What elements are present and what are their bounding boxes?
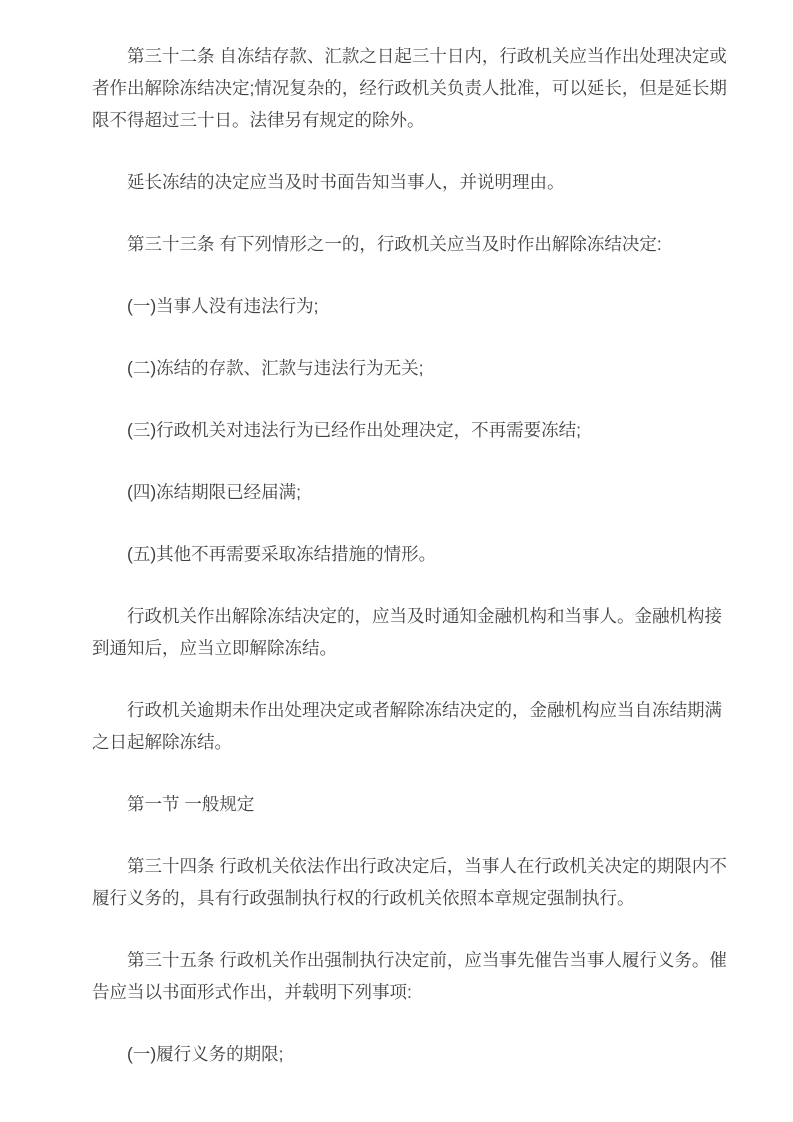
list-item-3: (三)行政机关对违法行为已经作出处理决定，不再需要冻结; — [92, 414, 735, 446]
paragraph-unfreeze-notification: 行政机关作出解除冻结决定的，应当及时通知金融机构和当事人。金融机构接到通知后，应… — [92, 600, 735, 664]
paragraph-overdue-unfreeze: 行政机关逾期未作出处理决定或者解除冻结决定的，金融机构应当自冻结期满之日起解除冻… — [92, 694, 735, 758]
paragraph-article-34: 第三十四条 行政机关依法作出行政决定后，当事人在行政机关决定的期限内不履行义务的… — [92, 850, 735, 914]
list-item-4: (四)冻结期限已经届满; — [92, 476, 735, 508]
list-item-1: (一)当事人没有违法行为; — [92, 290, 735, 322]
paragraph-article-35-intro: 第三十五条 行政机关作出强制执行决定前，应当事先催告当事人履行义务。催告应当以书… — [92, 944, 735, 1008]
list-item-2: (二)冻结的存款、汇款与违法行为无关; — [92, 352, 735, 384]
paragraph-article-33-intro: 第三十三条 有下列情形之一的，行政机关应当及时作出解除冻结决定: — [92, 228, 735, 260]
paragraph-article-32: 第三十二条 自冻结存款、汇款之日起三十日内，行政机关应当作出处理决定或者作出解除… — [92, 40, 735, 136]
section-heading-general-rules: 第一节 一般规定 — [92, 788, 735, 820]
document-page: 第三十二条 自冻结存款、汇款之日起三十日内，行政机关应当作出处理决定或者作出解除… — [0, 0, 793, 1122]
list-item-obligation-deadline: (一)履行义务的期限; — [92, 1038, 735, 1070]
list-item-5: (五)其他不再需要采取冻结措施的情形。 — [92, 538, 735, 570]
paragraph-extension-notice: 延长冻结的决定应当及时书面告知当事人，并说明理由。 — [92, 166, 735, 198]
